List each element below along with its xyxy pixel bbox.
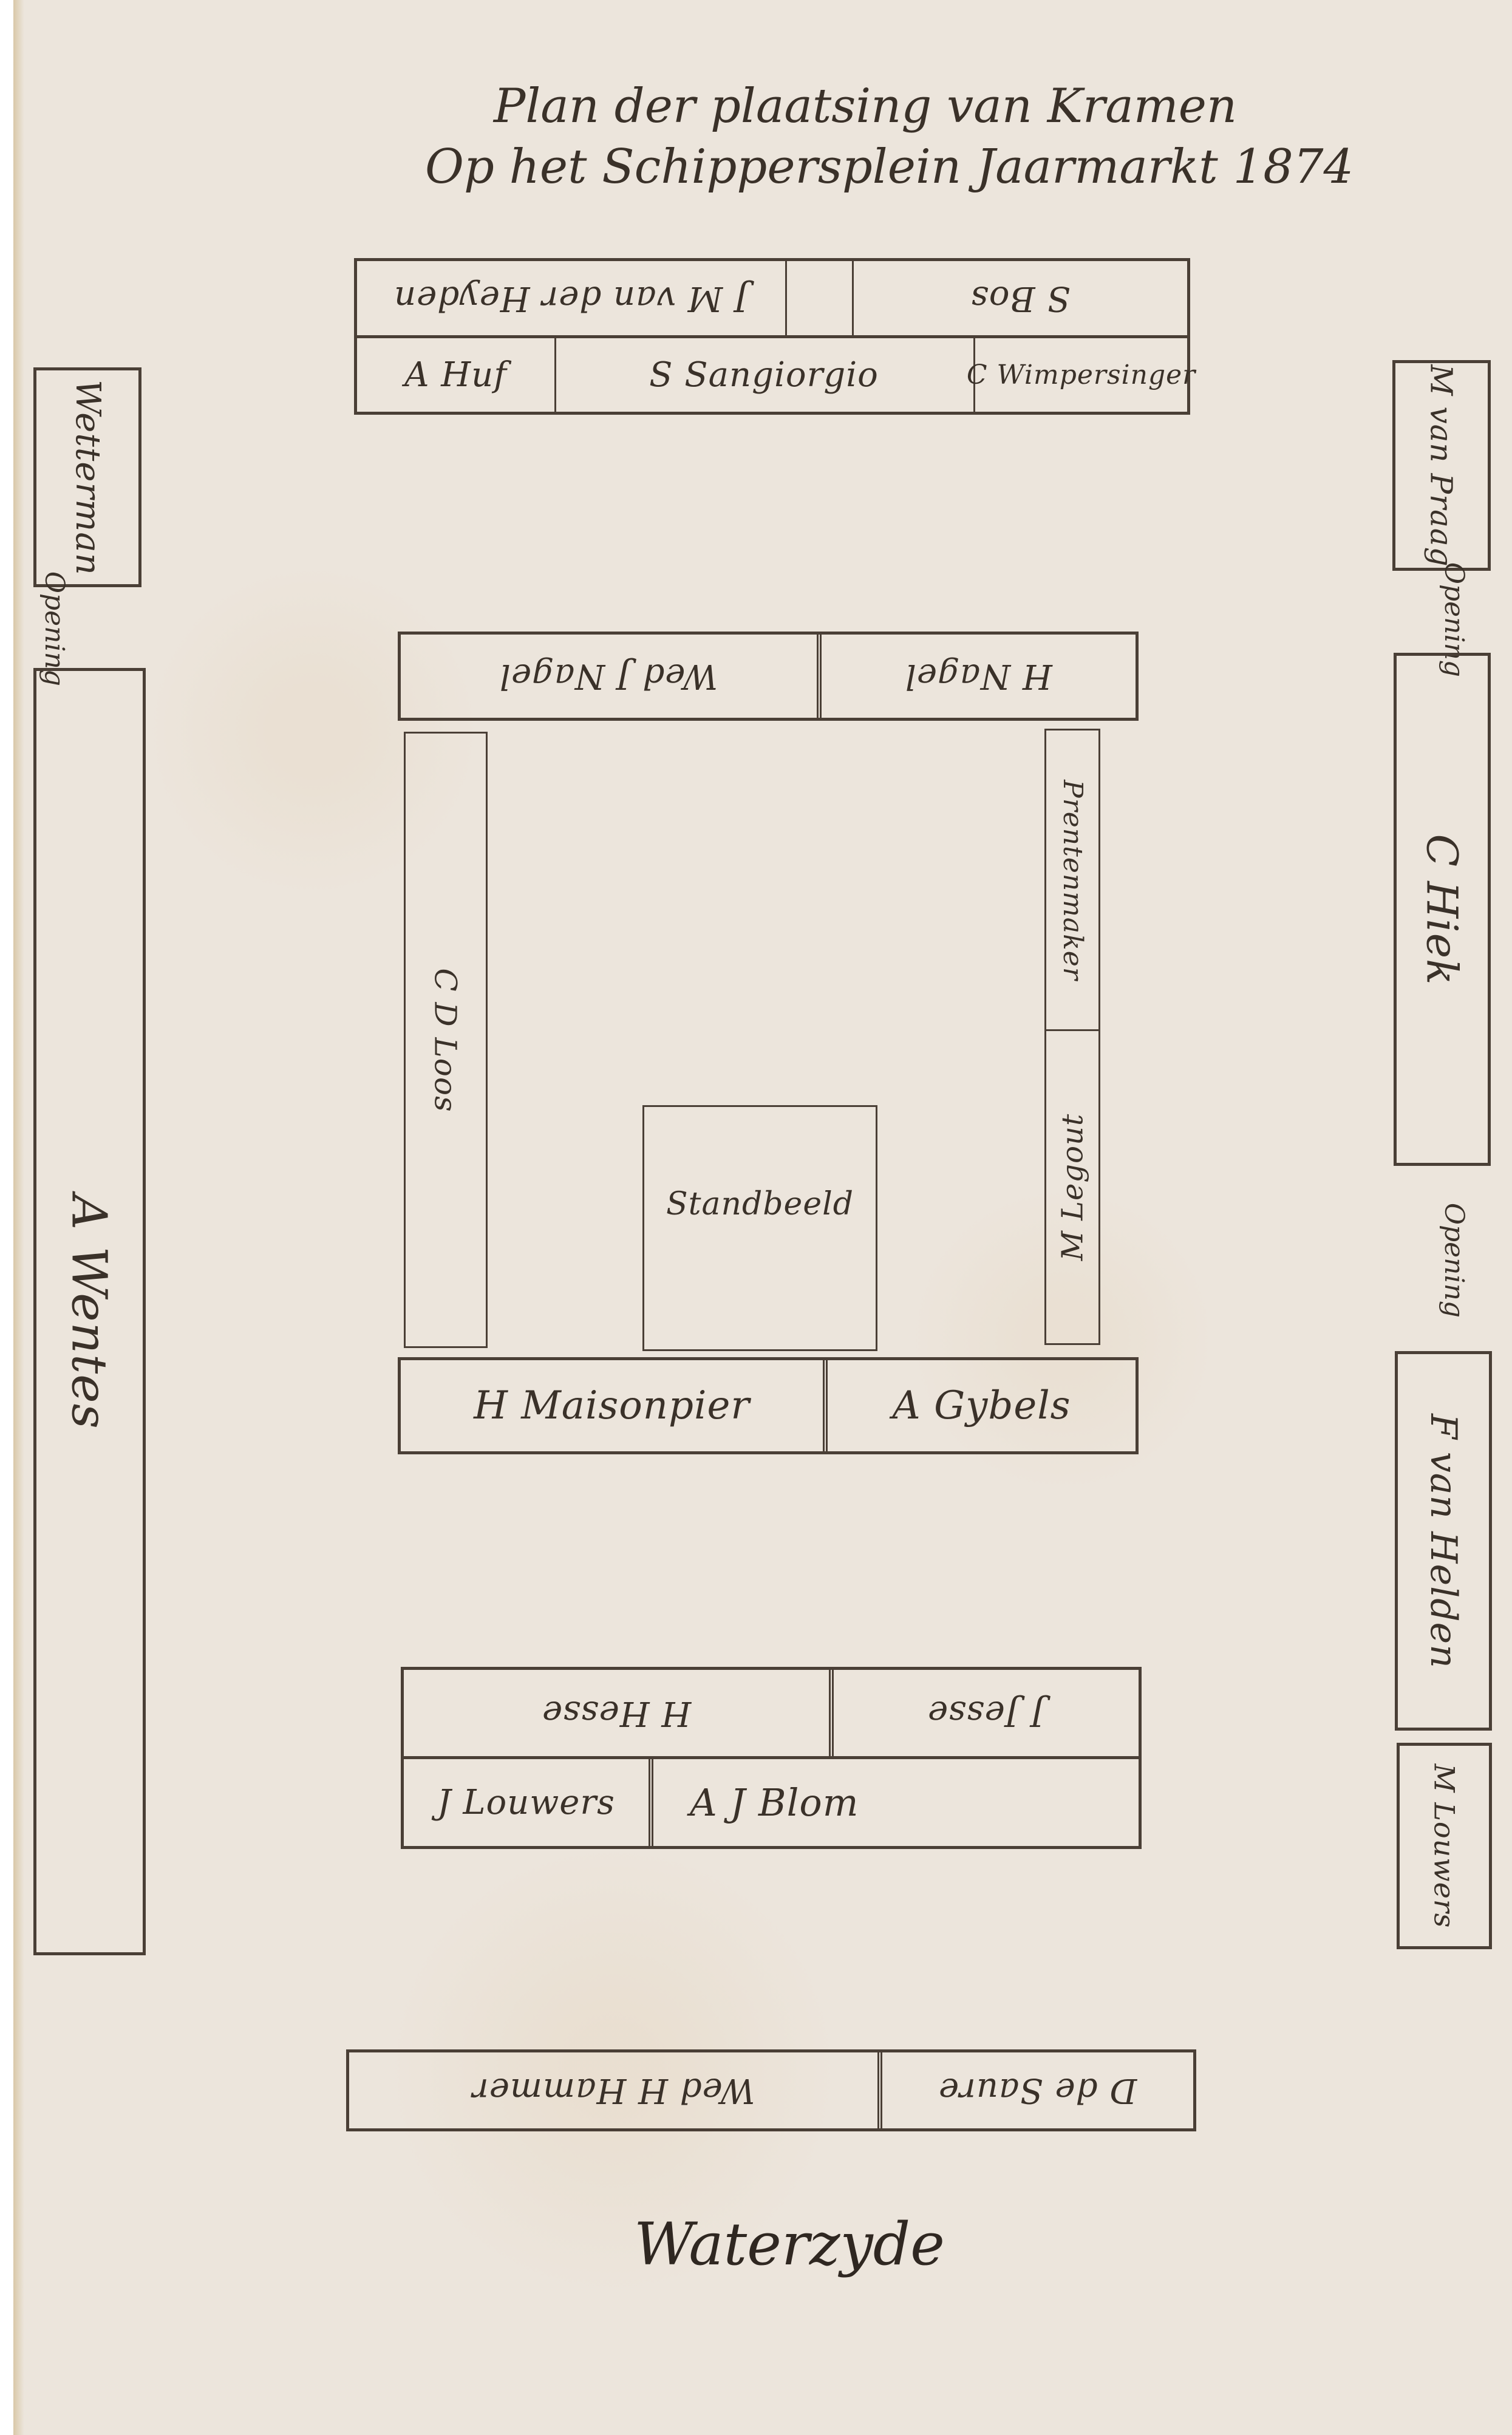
opening-right-2: Opening <box>1439 1203 1469 1318</box>
stall-sangiorgio: S Sangiorgio <box>554 338 973 411</box>
stall-wetterman: Wetterman <box>33 367 141 587</box>
stall-blom: A J Blom <box>653 1759 1139 1846</box>
inner-right-block: Prentenmaker M Legout <box>1044 729 1100 1345</box>
stall-huf: A Huf <box>357 338 554 411</box>
stall-wed-nagel: Wed J Nagel <box>401 635 817 718</box>
top-stall-block: J M van der Heyden S Bos A Huf S Sangior… <box>354 258 1190 415</box>
stall-label: J Louwers <box>437 1783 615 1822</box>
stall-label: A Gybels <box>893 1383 1071 1428</box>
stall-label: Wetterman <box>68 380 107 576</box>
stall-loos: C D Loos <box>404 732 488 1348</box>
waterside-label: Waterzyde <box>607 2210 972 2278</box>
lower-stall-block: H Hesse J Jesse J Louwers A J Blom <box>401 1667 1142 1849</box>
stall-label: A Wentes <box>61 1194 118 1429</box>
stall-label: D de Saure <box>938 2071 1137 2110</box>
stall-label: S Bos <box>970 279 1071 318</box>
stall-prentenmaker: Prentenmaker <box>1046 730 1098 1029</box>
stall-van-helden: F van Helden <box>1395 1351 1492 1731</box>
stall-label: Prentenmaker <box>1057 780 1088 981</box>
inner-top-block: Wed J Nagel H Nagel <box>398 632 1139 721</box>
stall-jesse: J Jesse <box>834 1670 1139 1756</box>
stall-label: S Sangiorgio <box>649 355 879 395</box>
stall-label: M van Praag <box>1424 364 1459 567</box>
stall-hammer: Wed H Hammer <box>349 2052 877 2128</box>
stall-label: H Nagel <box>905 656 1052 696</box>
cell-divider <box>785 261 787 337</box>
stall-maisonpier: H Maisonpier <box>401 1360 823 1451</box>
title-line-1: Plan der plaatsing van Kramen <box>425 79 1306 134</box>
stall-label: J M van der Heyden <box>393 279 749 318</box>
stall-label: A J Blom <box>690 1780 859 1825</box>
waterside-stall-block: Wed H Hammer D de Saure <box>346 2049 1196 2131</box>
stall-h-nagel: H Nagel <box>822 635 1136 718</box>
stall-wentes: A Wentes <box>33 668 146 1955</box>
stall-label: J Jesse <box>927 1694 1044 1733</box>
stall-legout: M Legout <box>1046 1031 1098 1343</box>
stall-hesse: H Hesse <box>404 1670 829 1756</box>
stall-label: C Hiek <box>1417 834 1467 985</box>
stall-de-saure: D de Saure <box>882 2052 1193 2128</box>
statue-label: Standbeeld <box>666 1186 854 1222</box>
stall-gybels: A Gybels <box>828 1360 1136 1451</box>
stall-label: H Maisonpier <box>474 1383 750 1428</box>
stall-van-der-heyden: J M van der Heyden <box>357 261 785 335</box>
statue-standbeeld: Standbeeld <box>642 1105 877 1351</box>
stall-louwers: J Louwers <box>404 1759 649 1846</box>
stall-wimpersinger: C Wimpersinger <box>973 338 1189 411</box>
stall-bos: S Bos <box>852 261 1189 335</box>
title-line-2: Op het Schippersplein Jaarmarkt 1874 <box>425 140 1306 194</box>
stall-label: A Huf <box>404 355 507 395</box>
cell-divider <box>817 635 822 718</box>
stall-hiek: C Hiek <box>1394 653 1491 1166</box>
stall-label: C D Loos <box>428 968 463 1112</box>
cell-divider <box>829 1670 834 1758</box>
stall-label: H Hesse <box>542 1694 691 1733</box>
stall-label: M Louwers <box>1428 1764 1461 1929</box>
cell-divider <box>649 1759 653 1846</box>
stall-label: M Legout <box>1055 1114 1089 1261</box>
stall-label: Wed J Nagel <box>499 656 718 696</box>
stall-louwers-right: M Louwers <box>1397 1743 1492 1949</box>
cell-divider <box>823 1360 828 1451</box>
inner-bottom-block: H Maisonpier A Gybels <box>398 1357 1139 1454</box>
stall-label: Wed H Hammer <box>472 2071 755 2110</box>
stall-label: F van Helden <box>1422 1414 1465 1669</box>
cell-divider <box>877 2052 882 2128</box>
stall-label: C Wimpersinger <box>967 359 1196 390</box>
stall-van-praag: M van Praag <box>1392 360 1491 571</box>
